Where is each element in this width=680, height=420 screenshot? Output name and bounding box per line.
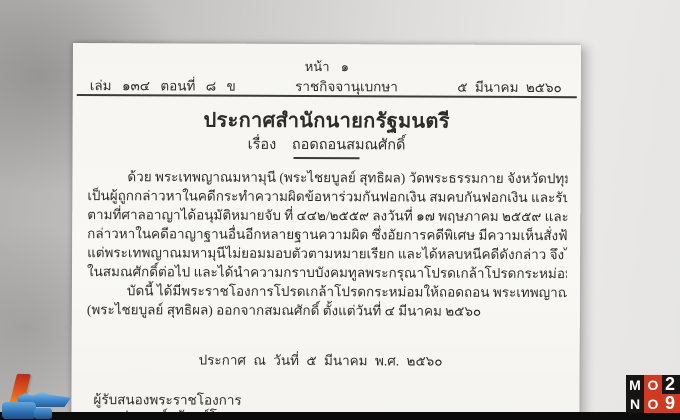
logo-letter-o1: O bbox=[644, 375, 662, 394]
logo-digit-2: 2 bbox=[662, 375, 680, 394]
promulgation-line: ประกาศ ณ วันที่ ๕ มีนาคม พ.ศ. ๒๕๖๐ bbox=[199, 349, 443, 372]
body-line: ด้วย พระเทพญาณมหามุนี (พระไชยบูลย์ สุทธิ… bbox=[87, 167, 567, 188]
mono29-logo: M O 2 N O 9 bbox=[626, 375, 680, 413]
news-graphic-blue-block bbox=[2, 402, 36, 419]
subject-label: เรื่อง bbox=[248, 137, 277, 153]
logo-letter-o2: O bbox=[644, 394, 662, 413]
body-line: บัดนี้ ได้มีพระราชโองการโปรดเกล้าโปรดกระ… bbox=[87, 281, 567, 302]
subject-text: ถอดถอนสมณศักดิ์ bbox=[292, 137, 406, 153]
announcement-body: ด้วย พระเทพญาณมหามุนี (พระไชยบูลย์ สุทธิ… bbox=[87, 167, 568, 321]
logo-letter-m: M bbox=[626, 375, 644, 394]
body-line: แต่พระเทพญาณมหามุนีไม่ยอมมอบตัวตามหมายเร… bbox=[87, 243, 567, 264]
title-divider bbox=[293, 157, 359, 159]
body-line: ในสมณศักดิ์ต่อไป และได้นำความกราบบังคมทู… bbox=[87, 262, 567, 283]
body-line: ตามที่ศาลอาญาได้อนุมัติหมายจับ ที่ ๔๔๒/๒… bbox=[87, 205, 567, 226]
body-line: เป็นผู้ถูกกล่าวหาในคดีกระทำความผิดข้อหาร… bbox=[87, 186, 567, 207]
logo-letter-n: N bbox=[626, 394, 644, 413]
letterbox-bar bbox=[0, 412, 680, 420]
gazette-page: หน้า ๑ เล่ม ๑๓๔ ตอนที่ ๘ ข ราชกิจจานุเบก… bbox=[71, 43, 581, 420]
logo-digit-9: 9 bbox=[662, 394, 680, 413]
news-graphic bbox=[0, 368, 85, 420]
subject-line: เรื่อง ถอดถอนสมณศักดิ์ bbox=[73, 132, 581, 157]
news-graphic-blue-tip bbox=[34, 408, 52, 419]
body-line: กล่าวหาในคดีอาญาฐานอื่นอีกหลายฐานความผิด… bbox=[87, 224, 567, 245]
body-line: (พระไชยบูลย์ สุทธิผล) ออกจากสมณศักดิ์ ตั… bbox=[87, 300, 567, 321]
tv-frame: หน้า ๑ เล่ม ๑๓๔ ตอนที่ ๘ ข ราชกิจจานุเบก… bbox=[0, 0, 680, 420]
